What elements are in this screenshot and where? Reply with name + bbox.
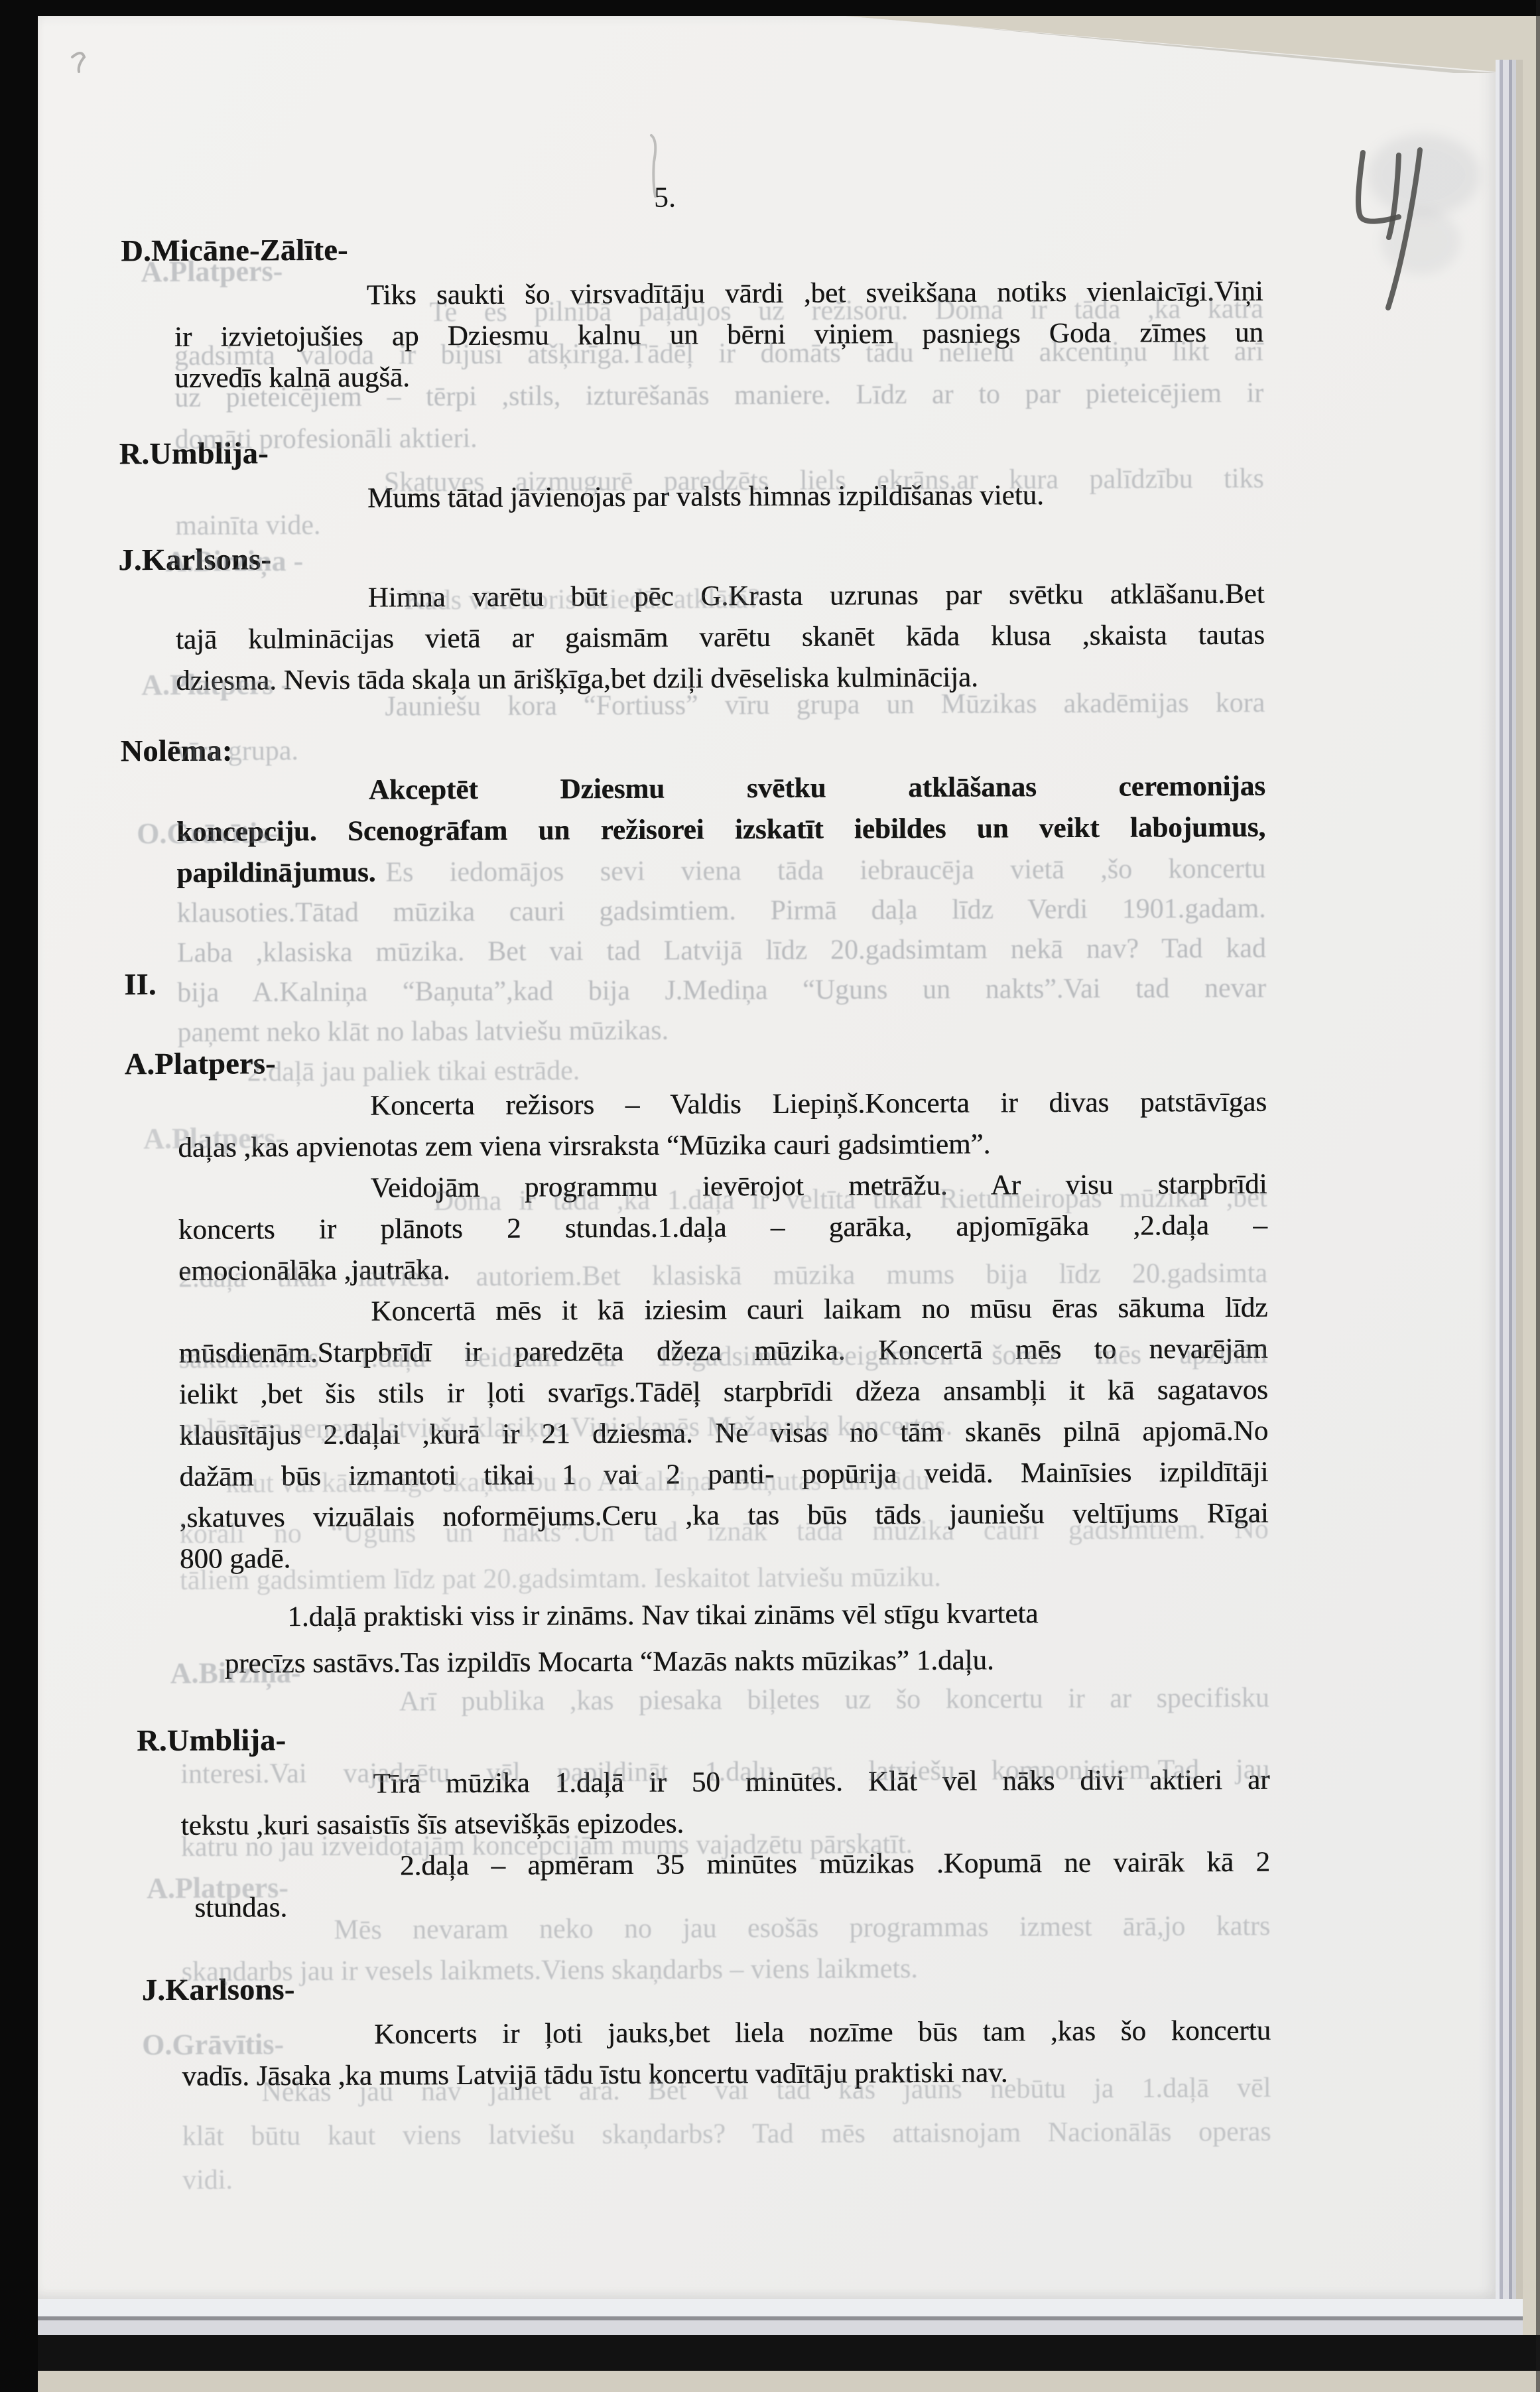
dialogue-line: precīzs sastāvs.Tas izpildīs Mocarta “Ma… xyxy=(180,1636,1269,1688)
page-number: 5. xyxy=(654,181,676,214)
paragraph: Koncerta režisors – Valdis Liepiņš.Konce… xyxy=(178,1082,1269,1580)
ghost-line: uz pieteicējiem – tērpi ,stils, izturēša… xyxy=(174,377,1263,415)
ghost-line: katru no jau izveidotajām koncepcijām mu… xyxy=(181,1827,913,1864)
ghost-line: 2.daļa tikai latviešu autoriem.Bet klasi… xyxy=(178,1257,1267,1295)
ghost-speaker-label: A.Platpers - xyxy=(141,668,290,702)
dialogue-line: Koncerts ir ļoti jauks,bet liela nozīme … xyxy=(182,2011,1271,2056)
ghost-speaker-label: A.Platpers- xyxy=(147,1871,289,1905)
ghost-line: mainīta vide. xyxy=(175,509,320,543)
ghost-line: Doma ir tāda ,ka 1.daļa ir veltīta tikai… xyxy=(434,1181,1267,1218)
ghost-line: bija A.Kalniņa “Baņuta”,kad bija J.Mediņ… xyxy=(177,972,1266,1010)
ghost-line: paņemt neko klāt no labas latviešu mūzik… xyxy=(177,1014,669,1049)
ghost-speaker-label: A.Platpers- xyxy=(141,255,283,289)
dialogue-line: tajā kulminācijas vietā ar gaismām varēt… xyxy=(176,615,1265,661)
ghost-line: skaņdarbs jau ir vesels laikmets.Viens s… xyxy=(182,1952,918,1989)
scan-frame-left xyxy=(0,0,38,2392)
ghost-line: klāt būtu kaut viens latviešu skaņdarbs?… xyxy=(182,2115,1271,2153)
dialogue-line: 1.daļā praktiski viss ir zināms. Nav tik… xyxy=(180,1590,1269,1641)
ghost-line: Nekas jau nav jāmet ārā. Bet vai tad kas… xyxy=(261,2072,1271,2109)
scanner-bed-bottom xyxy=(0,2371,1540,2392)
ghost-line: korāli no “Uguns un nakts”.Un tad iznāk … xyxy=(180,1513,1269,1551)
scan-page: 5. D.Micāne-Zālīte-Tiks saukti šo virsva… xyxy=(38,16,1496,2299)
ghost-line: gadsimta valoda ir bijusi atšķirīga.Tādē… xyxy=(174,335,1263,373)
ghost-speaker-label: A.Birziņa - xyxy=(165,545,303,578)
ghost-speaker-label: O.Grāvītis- xyxy=(137,817,279,850)
dialogue-line: Koncertā mēs it kā iziesim cauri laikam … xyxy=(178,1288,1267,1333)
dialogue-line: koncepciju. Scenogrāfam un režisorei izs… xyxy=(176,807,1265,853)
ghost-line: interesi.Vai vajadzētu vēl papildināt 1.… xyxy=(180,1753,1269,1791)
speaker-label: R.Umblija- xyxy=(137,1721,286,1759)
dialogue-line: daļas ,kas apvienotas zem viena virsraks… xyxy=(178,1123,1267,1169)
scan-frame-right xyxy=(1536,0,1540,2392)
ghost-line: domāti profesionāli aktieri. xyxy=(174,422,477,456)
page-stack-edge-bottom xyxy=(38,2299,1523,2316)
ghost-line: Kāds vīru koris dziedās atklātā? xyxy=(405,582,761,617)
ghost-line: vīru grupa. xyxy=(176,734,299,768)
ghost-speaker-label: A.Platpers- xyxy=(143,1122,285,1156)
scan-shadow-bottom xyxy=(38,2335,1540,2371)
ghost-speaker-label: A.Birziņa- xyxy=(170,1656,301,1690)
dialogue-line: Koncerta režisors – Valdis Liepiņš.Konce… xyxy=(178,1082,1267,1128)
ghost-line: kaut vai kādu Līgo skaņdarbu no A.Kalniņ… xyxy=(225,1464,930,1500)
speaker-label: II. xyxy=(124,966,157,1003)
ghost-line: Es iedomājos sevi viena tāda iebraucēja … xyxy=(385,852,1265,890)
ghost-line: 2.daļā jau paliek tikai estrāde. xyxy=(247,1054,580,1089)
ghost-line: sākumā.Mēs 1.daļu beidzam ar 19.gadsimta… xyxy=(179,1338,1268,1376)
paragraph: 1.daļā praktiski viss ir zināms. Nav tik… xyxy=(180,1590,1269,1688)
ghost-line: klausoties.Tātad mūzika cauri gadsimtiem… xyxy=(177,892,1266,930)
ghost-line: Mēs nevaram neko no jau esošās programma… xyxy=(334,1910,1270,1947)
ghost-line: Laba ,klasiska mūzika. Bet vai tad Latvi… xyxy=(177,932,1266,970)
dialogue-line: ielikt ,bet šis stils ir ļoti svarīgs.Tā… xyxy=(179,1370,1268,1416)
ghost-line: nolēmām neņemt latviešu klasiķus.Viņi sk… xyxy=(179,1410,952,1446)
ghost-line: Jauniešu kora “Fortiuss” vīru grupa un M… xyxy=(385,687,1265,724)
ghost-line: vidi. xyxy=(182,2164,233,2197)
scanned-document-photo: { "document": { "page_number": "5.", "ha… xyxy=(0,0,1540,2392)
text-layer: 5. D.Micāne-Zālīte-Tiks saukti šo virsva… xyxy=(36,10,1504,2300)
ghost-line: Skatuves aizmugurē paredzēts liels ekrān… xyxy=(384,462,1264,499)
ghost-line: Te es pilnībā paļaujos uz režisoru. Doma… xyxy=(430,293,1263,329)
page-stack-edge-bottom-2 xyxy=(38,2320,1523,2335)
dialogue-line: Akceptēt Dziesmu svētku atklāšanas cerem… xyxy=(176,766,1265,812)
ghost-speaker-label: O.Grāvītis- xyxy=(142,2028,284,2062)
ghost-line: tāliem gadsimtiem līdz pat 20.gadsimtam.… xyxy=(180,1561,941,1597)
ghost-line: Arī publika ,kas piesaka biļetes uz šo k… xyxy=(399,1682,1269,1719)
